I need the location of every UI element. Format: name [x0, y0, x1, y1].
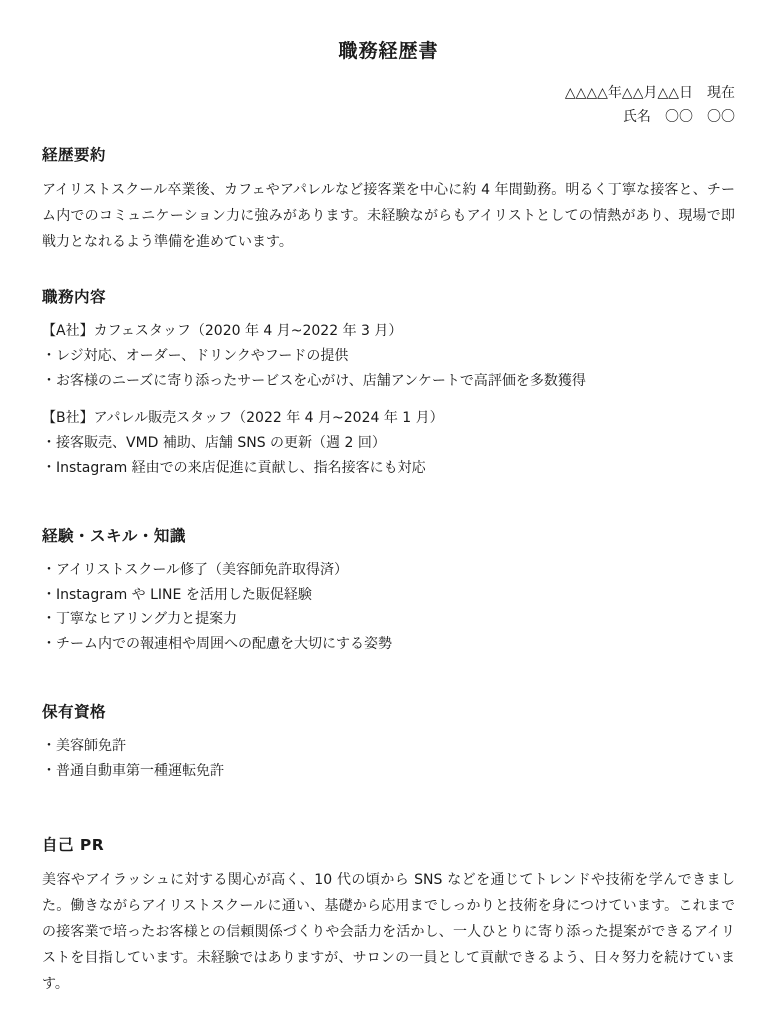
job-entry-company-b: 【B社】アパレル販売スタッフ（2022 年 4 月~2024 年 1 月） ・接…	[42, 406, 735, 480]
skill-item: ・Instagram や LINE を活用した販促経験	[42, 583, 735, 608]
skill-item: ・アイリストスクール修了（美容師免許取得済）	[42, 558, 735, 583]
section-qualifications: 保有資格 ・美容師免許 ・普通自動車第一種運転免許	[42, 700, 735, 783]
skills-bullet-list: ・アイリストスクール修了（美容師免許取得済） ・Instagram や LINE…	[42, 558, 735, 656]
self-pr-heading: 自己 PR	[42, 833, 735, 855]
section-career-summary: 経歴要約 アイリストスクール卒業後、カフェやアパレルなど接客業を中心に約 4 年…	[42, 143, 735, 255]
job-a-title: 【A社】カフェスタッフ（2020 年 4 月~2022 年 3 月）	[42, 319, 735, 344]
current-date-line: △△△△年△△月△△日 現在	[42, 81, 735, 105]
qualification-item: ・普通自動車第一種運転免許	[42, 759, 735, 784]
job-b-title: 【B社】アパレル販売スタッフ（2022 年 4 月~2024 年 1 月）	[42, 406, 735, 431]
career-summary-heading: 経歴要約	[42, 143, 735, 165]
job-a-bullet: ・お客様のニーズに寄り添ったサービスを心がけ、店舗アンケートで高評価を多数獲得	[42, 369, 735, 394]
section-self-pr: 自己 PR 美容やアイラッシュに対する関心が高く、10 代の頃から SNS など…	[42, 833, 735, 997]
skill-item: ・丁寧なヒアリング力と提案力	[42, 607, 735, 632]
work-history-heading: 職務内容	[42, 285, 735, 307]
qualifications-bullet-list: ・美容師免許 ・普通自動車第一種運転免許	[42, 734, 735, 783]
job-b-bullet: ・接客販売、VMD 補助、店舗 SNS の更新（週 2 回）	[42, 431, 735, 456]
job-a-bullet: ・レジ対応、オーダー、ドリンクやフードの提供	[42, 344, 735, 369]
job-a-bullet-list: ・レジ対応、オーダー、ドリンクやフードの提供 ・お客様のニーズに寄り添ったサービ…	[42, 344, 735, 393]
self-pr-paragraph: 美容やアイラッシュに対する関心が高く、10 代の頃から SNS などを通じてトレ…	[42, 867, 735, 997]
document-meta: △△△△年△△月△△日 現在 氏名 〇〇 〇〇	[42, 81, 735, 129]
career-summary-paragraph: アイリストスクール卒業後、カフェやアパレルなど接客業を中心に約 4 年間勤務。明…	[42, 177, 735, 255]
qualification-item: ・美容師免許	[42, 734, 735, 759]
name-line: 氏名 〇〇 〇〇	[42, 105, 735, 129]
resume-document-page: 職務経歴書 △△△△年△△月△△日 現在 氏名 〇〇 〇〇 経歴要約 アイリスト…	[0, 0, 780, 1009]
section-skills: 経験・スキル・知識 ・アイリストスクール修了（美容師免許取得済） ・Instag…	[42, 524, 735, 656]
job-entry-company-a: 【A社】カフェスタッフ（2020 年 4 月~2022 年 3 月） ・レジ対応…	[42, 319, 735, 393]
section-work-history: 職務内容 【A社】カフェスタッフ（2020 年 4 月~2022 年 3 月） …	[42, 285, 735, 480]
skills-heading: 経験・スキル・知識	[42, 524, 735, 546]
job-b-bullet: ・Instagram 経由での来店促進に貢献し、指名接客にも対応	[42, 456, 735, 481]
job-b-bullet-list: ・接客販売、VMD 補助、店舗 SNS の更新（週 2 回） ・Instagra…	[42, 431, 735, 480]
qualifications-heading: 保有資格	[42, 700, 735, 722]
document-title: 職務経歴書	[42, 36, 735, 63]
skill-item: ・チーム内での報連相や周囲への配慮を大切にする姿勢	[42, 632, 735, 657]
